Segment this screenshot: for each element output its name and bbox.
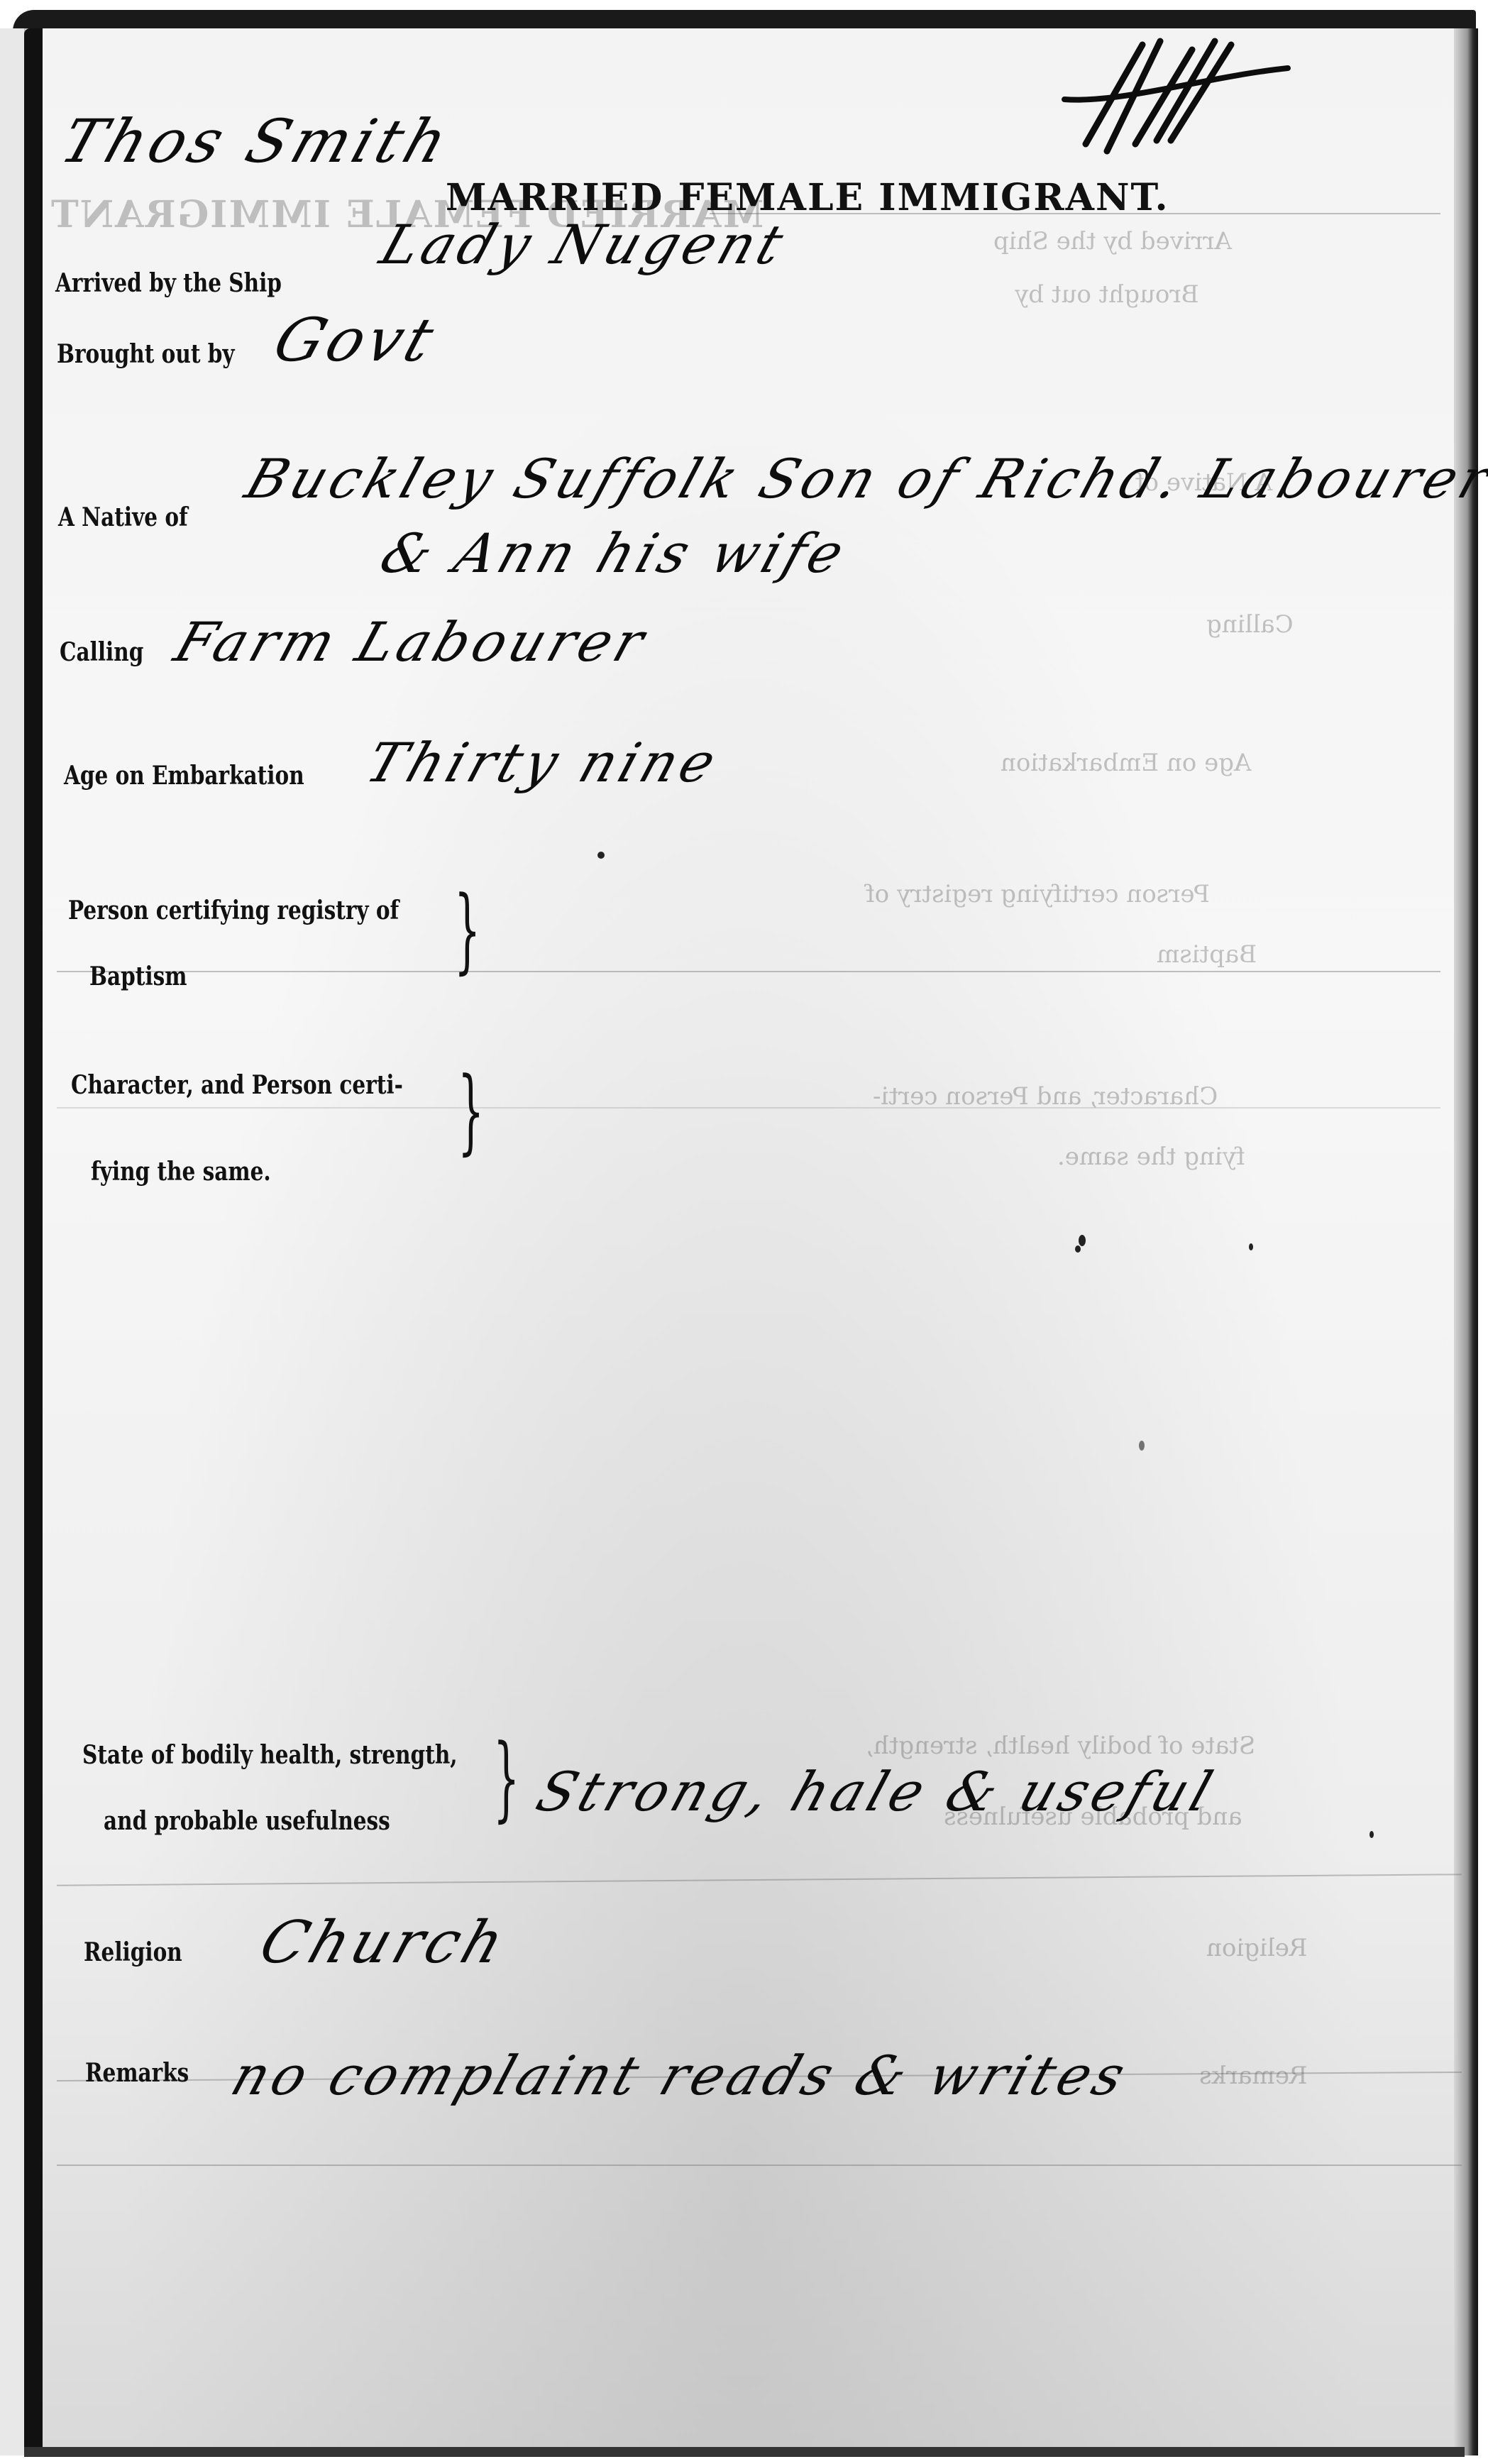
bleed-through-label: Arrived by the Ship: [993, 227, 1232, 255]
label-bodily-health: State of bodily health, strength,: [82, 1740, 458, 1770]
label-baptism: Baptism: [89, 962, 187, 991]
ink-speck: [1139, 1441, 1145, 1451]
ink-speck: [1079, 1235, 1086, 1246]
ink-speck: [597, 852, 605, 859]
value-calling: Farm Labourer: [167, 610, 656, 673]
brace-icon: }: [493, 1732, 519, 1824]
bleed-through-label: fying the same.: [1057, 1143, 1245, 1171]
rule-line: [57, 2165, 1462, 2166]
label-religion: Religion: [84, 1937, 182, 1967]
right-page-edge: [1454, 28, 1478, 2455]
label-character-person-certifying: Character, and Person certi-: [71, 1070, 403, 1100]
label-calling: Calling: [60, 637, 143, 667]
value-brought-out-by: Govt: [265, 305, 446, 375]
value-ship: Lady Nugent: [373, 213, 795, 276]
label-probable-usefulness: and probable usefulness: [104, 1806, 390, 1836]
bleed-through-label: Person certifying registry of: [866, 880, 1210, 908]
label-fying-the-same: fying the same.: [91, 1157, 271, 1187]
brace-icon: }: [458, 1065, 484, 1157]
bleed-through-label: Age on Embarkation: [1001, 749, 1252, 777]
bleed-through-label: Religion: [1206, 1934, 1307, 1962]
value-native-of-line2: & Ann his wife: [373, 522, 856, 585]
label-remarks: Remarks: [85, 2058, 189, 2088]
value-bodily-health: Strong, hale & useful: [529, 1760, 1224, 1823]
label-native-of: A Native of: [58, 502, 188, 532]
value-age: Thirty nine: [359, 731, 728, 794]
label-arrived-by-ship: Arrived by the Ship: [55, 268, 282, 298]
bleed-through-label: State of bodily health, strength,: [866, 1732, 1255, 1760]
left-page-edge: [0, 28, 26, 2455]
binding-spine: [24, 28, 43, 2455]
tally-mark-icon: [1036, 20, 1291, 162]
value-native-of: Buckley Suffolk Son of Richd. Labourer: [238, 447, 1488, 510]
brace-icon: }: [454, 884, 480, 976]
handwritten-name: Thos Smith: [53, 106, 460, 176]
bleed-through-label: Remarks: [1199, 2062, 1308, 2090]
ink-speck: [1075, 1245, 1081, 1253]
value-remarks: no complaint reads & writes: [224, 2044, 1137, 2107]
bottom-page-edge: [24, 2447, 1465, 2457]
bleed-through-label: Brought out by: [1015, 280, 1199, 309]
scanned-document: MARRIED FEMALE IMMIGRANT Arrived by the …: [0, 0, 1488, 2464]
label-age-on-embarkation: Age on Embarkation: [64, 761, 304, 791]
ink-speck: [1249, 1243, 1253, 1250]
rule-line: [57, 971, 1440, 972]
label-person-certifying-baptism: Person certifying registry of: [68, 896, 399, 925]
ink-speck: [1369, 1831, 1374, 1838]
bleed-through-label: Baptism: [1157, 940, 1257, 969]
value-religion: Church: [252, 1909, 517, 1976]
rule-line: [57, 1107, 1440, 1109]
label-brought-out-by: Brought out by: [57, 339, 235, 369]
bleed-through-label: Calling: [1206, 610, 1294, 639]
bleed-through-label: Character, and Person certi-: [873, 1082, 1218, 1111]
